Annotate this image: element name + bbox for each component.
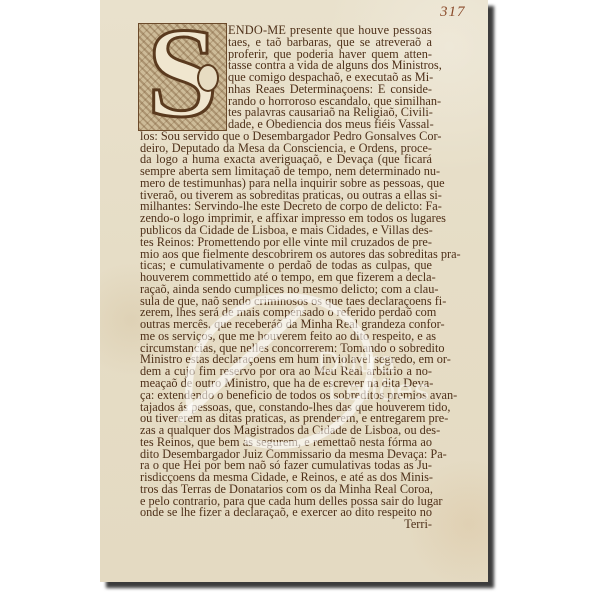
page-number: 317 — [440, 4, 466, 21]
text-line: onde se lhe fizer a declaraçaõ, e exerce… — [140, 507, 432, 519]
document-page: 317 S ENDO-ME presente que houve pessoas… — [100, 0, 488, 582]
document-body: ENDO-ME presente que houve pessoas taes,… — [140, 25, 432, 531]
catchword: Terri- — [140, 519, 432, 531]
